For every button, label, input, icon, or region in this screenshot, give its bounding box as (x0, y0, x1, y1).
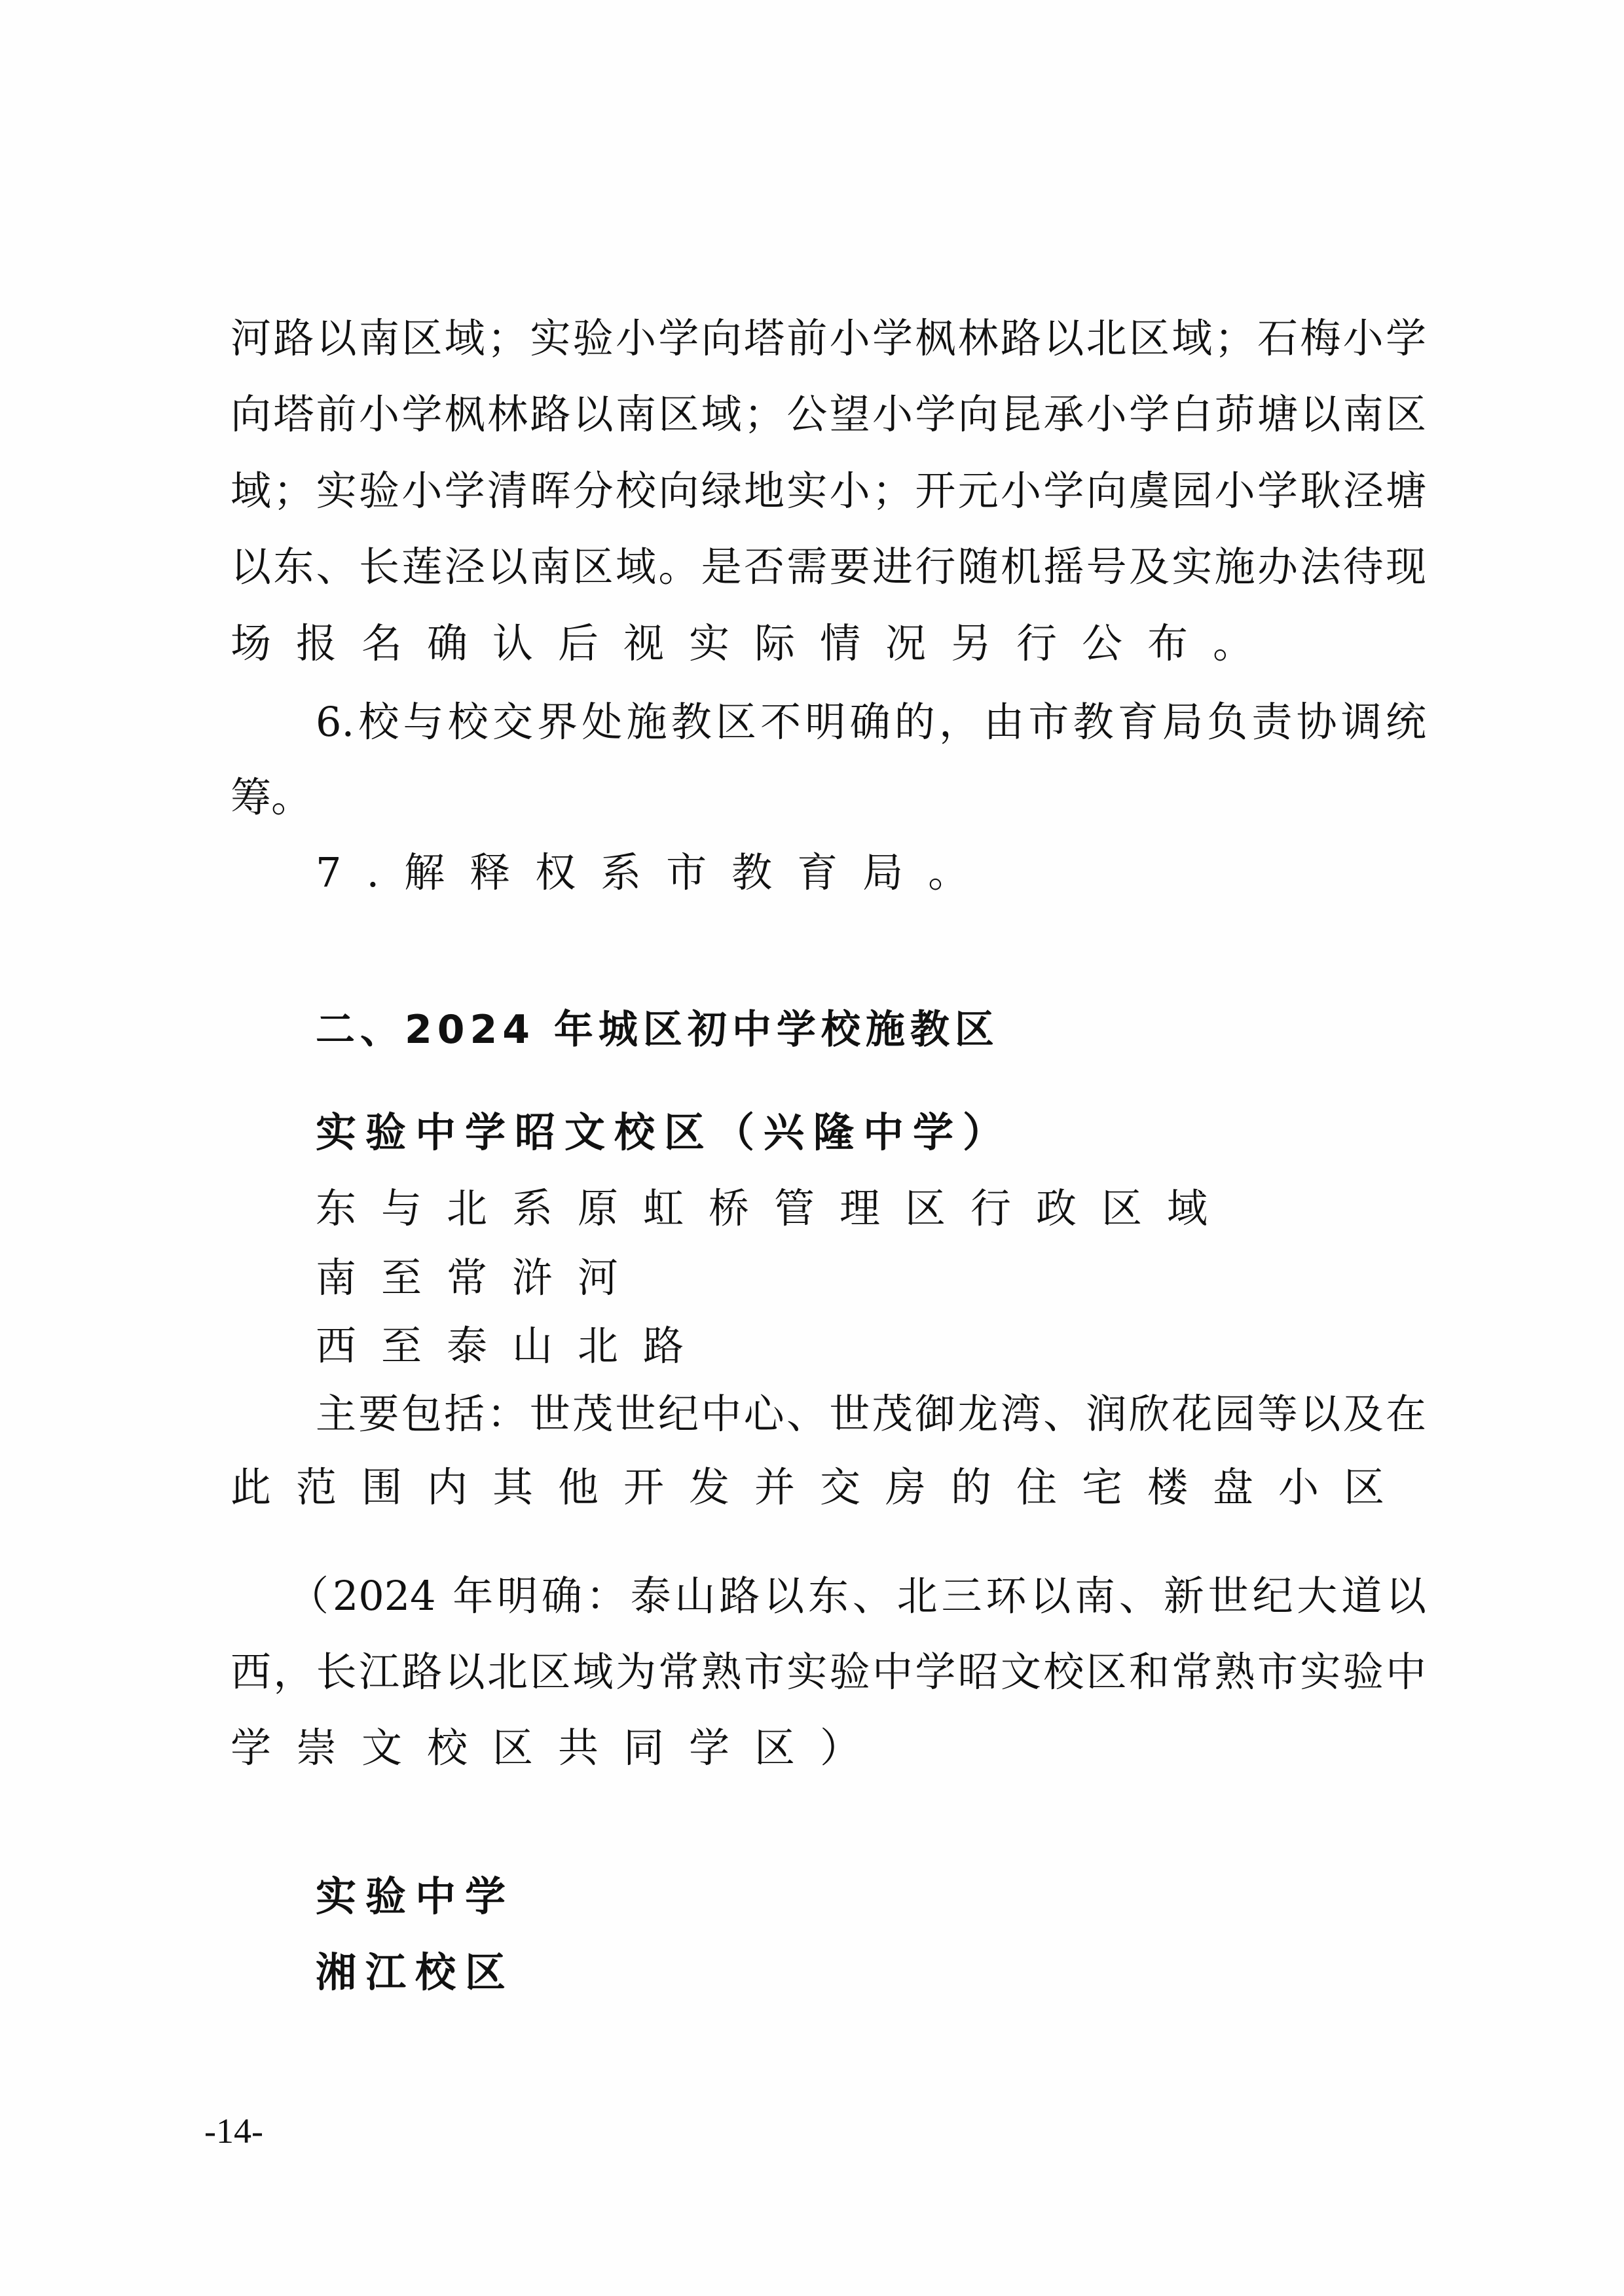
body-text-line: 场报名确认后视实际情况另行公布。 (231, 617, 1426, 670)
item-7-text: 7.解释权系市教育局。 (316, 847, 1426, 899)
boundary-east-north: 东与北系原虹桥管理区行政区域 (316, 1182, 1426, 1235)
body-text-line: 向塔前小学枫林路以南区域；公望小学向昆承小学白茆塘以南区 (231, 388, 1426, 441)
school-name: 实验中学 (316, 1870, 1426, 1923)
note-2024-continued: 西，长江路以北区域为常熟市实验中学昭文校区和常熟市实验中 (231, 1646, 1426, 1698)
page-number: -14- (204, 2111, 263, 2151)
item-6-text-continued: 筹。 (231, 771, 1426, 824)
boundary-west: 西至泰山北路 (316, 1320, 1426, 1372)
boundary-south: 南至常浒河 (316, 1252, 1426, 1304)
note-2024-end: 学崇文校区共同学区） (231, 1722, 1426, 1774)
includes-text-continued: 此范围内其他开发并交房的住宅楼盘小区 (231, 1461, 1426, 1514)
includes-text: 主要包括：世茂世纪中心、世茂御龙湾、润欣花园等以及在 (316, 1388, 1426, 1440)
body-text-line: 以东、长莲泾以南区域。是否需要进行随机摇号及实施办法待现 (231, 541, 1426, 593)
item-6-text: 6.校与校交界处施教区不明确的，由市教育局负责协调统 (316, 696, 1426, 748)
section-heading: 二、2024 年城区初中学校施教区 (316, 1004, 1426, 1056)
school-campus: 湘江校区 (316, 1946, 1426, 1999)
school-name: 实验中学昭文校区（兴隆中学） (316, 1106, 1426, 1159)
document-page: 河路以南区域；实验小学向塔前小学枫林路以北区域；石梅小学 向塔前小学枫林路以南区… (0, 0, 1624, 2296)
body-text-line: 域；实验小学清晖分校向绿地实小；开元小学向虞园小学耿泾塘 (231, 465, 1426, 517)
note-2024: （2024 年明确：泰山路以东、北三环以南、新世纪大道以 (288, 1570, 1426, 1622)
body-text-line: 河路以南区域；实验小学向塔前小学枫林路以北区域；石梅小学 (231, 312, 1426, 365)
